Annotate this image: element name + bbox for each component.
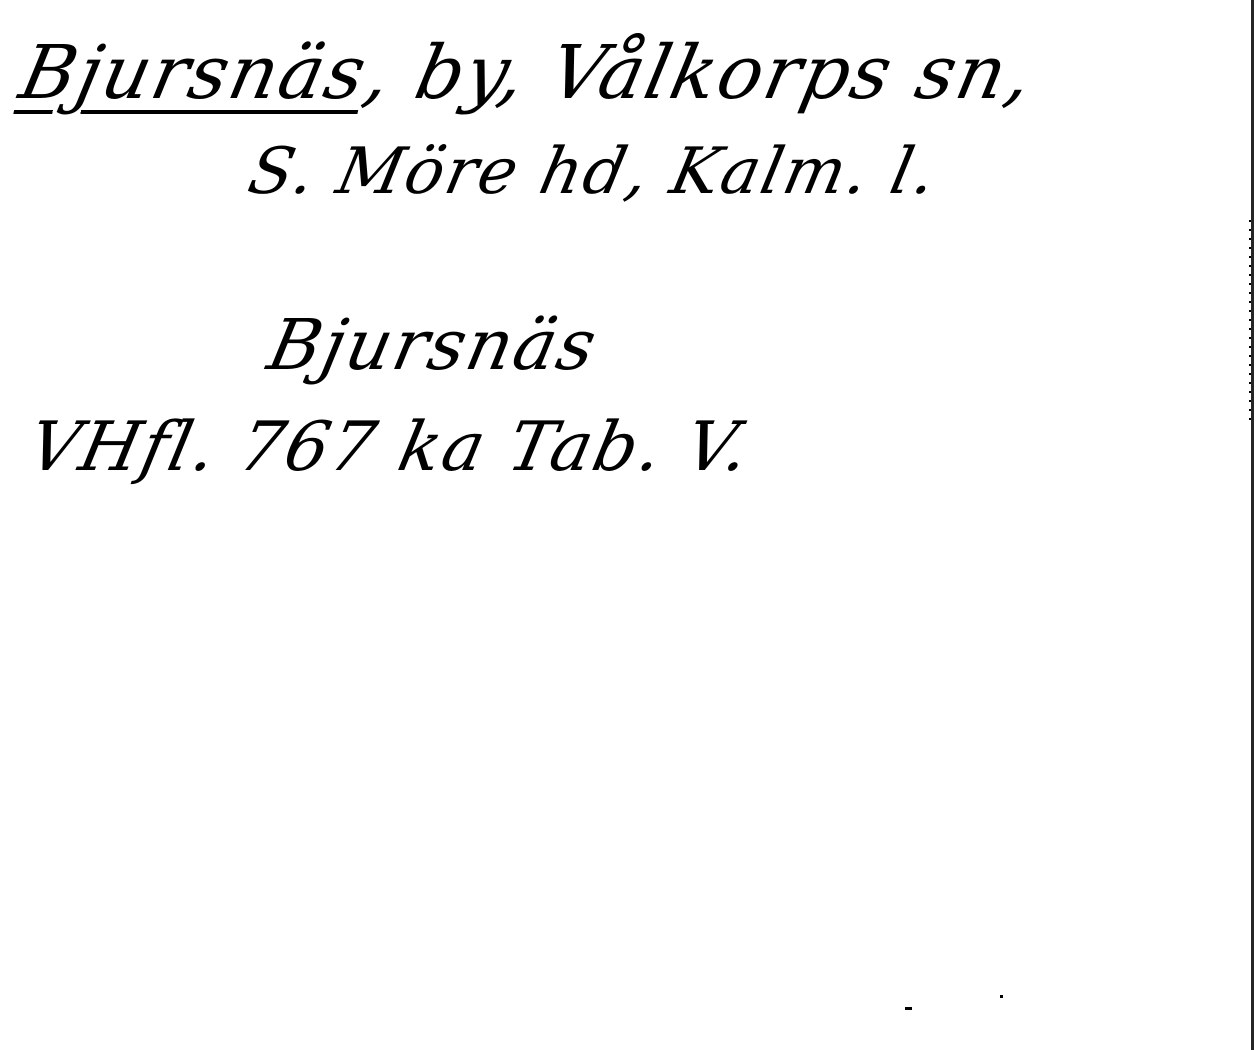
place-name-underlined: Bjursnäs xyxy=(13,30,375,116)
place-details: , by, Vålkorps sn, xyxy=(357,30,1042,116)
scan-speck xyxy=(1000,995,1003,998)
source-reference-line: VHfl. 767 ka Tab. V. xyxy=(21,405,759,491)
name-form-line: Bjursnäs xyxy=(260,300,605,390)
scan-edge xyxy=(1251,0,1254,1050)
card-heading-line: Bjursnäs, by, Vålkorps sn, xyxy=(12,28,1042,118)
scan-speck xyxy=(905,1007,912,1010)
district-county-line: S. Möre hd, Kalm. l. xyxy=(241,132,945,212)
scan-edge-speckle xyxy=(1249,220,1251,420)
index-card: Bjursnäs, by, Vålkorps sn, S. Möre hd, K… xyxy=(0,0,1256,1050)
